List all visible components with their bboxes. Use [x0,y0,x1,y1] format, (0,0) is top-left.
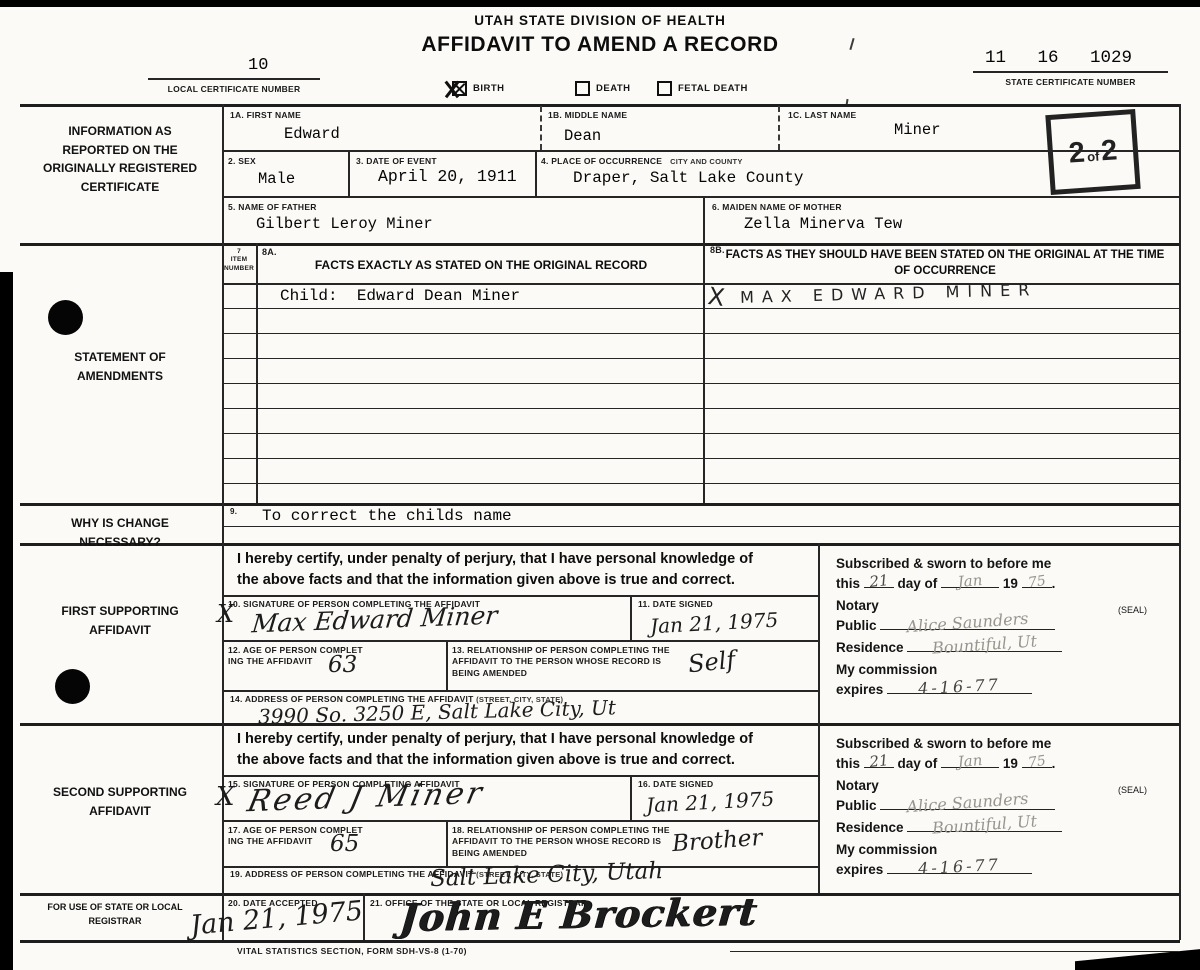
registrar-signature: John E Brockert [398,889,760,940]
date-of-event-label: 3. DATE OF EVENT [356,156,437,166]
amendment-row-line [222,483,1180,484]
aff1-age-value: 63 [328,652,357,678]
local-cert-label: LOCAL CERTIFICATE NUMBER [148,84,320,94]
aff1-date-value: Jan 21, 1975 [649,608,778,639]
notary1-seal: (SEAL) [1118,605,1147,615]
state-certificate-number: 11 16 1029 [985,48,1132,68]
amendment-facts-original: Child: Edward Dean Miner [280,287,520,305]
punch-hole-bottom [55,669,90,704]
amendment-row-line [222,308,1180,309]
grid-line [703,243,705,503]
col-8a-header: FACTS EXACTLY AS STATED ON THE ORIGINAL … [266,258,696,272]
scan-edge-top [0,0,1200,7]
col-8a-number: 8A. [262,247,277,257]
notary2-sworn: Subscribed & sworn to before me [836,736,1051,751]
aff1-age-label: 12. AGE OF PERSON COMPLETING THE AFFIDAV… [228,645,418,668]
grid-line [222,150,1180,152]
state-cert-underline [973,71,1168,73]
grid-line [222,196,1180,198]
birth-checkbox-icon [452,81,467,96]
notary2-expires-line: expires 4-16-77 [836,862,1032,877]
local-certificate-number: 10 [248,56,268,75]
grid-line [222,640,818,642]
grid-line [20,243,1180,246]
grid-line [630,775,632,820]
col-8b-header: FACTS AS THEY SHOULD HAVE BEEN STATED ON… [725,247,1165,279]
notary2-month: Jan [940,750,999,773]
footer-line [730,951,1180,952]
mother-label: 6. MAIDEN NAME OF MOTHER [712,202,842,212]
place-label: 4. PLACE OF OCCURRENCE CITY AND COUNTY [541,156,743,166]
notary1-month: Jan [940,570,999,593]
checkbox-fetal-death: FETAL DEATH [657,81,748,96]
grid-line [222,775,818,777]
checkbox-death: DEATH [575,81,631,96]
local-cert-underline [148,78,320,80]
notary1-expires: 4-16-77 [887,673,1033,700]
grid-line [222,820,818,822]
birth-label: BIRTH [473,83,505,94]
grid-line [20,723,1180,726]
last-name-label: 1C. LAST NAME [788,110,856,120]
page-stamp: 2 of 2 [1045,109,1140,195]
why-value: To correct the childs name [262,507,512,525]
aff2-signature-x: X [216,782,235,812]
notary-box-border [818,723,820,893]
side-label-second-affidavit: SECOND SUPPORTING AFFIDAVIT [45,783,195,820]
sex-value: Male [258,170,295,188]
middle-name-label: 1B. MIDDLE NAME [548,110,627,120]
notary1-notary-label: Notary [836,598,879,613]
first-name-value: Edward [284,125,340,143]
form-footer: VITAL STATISTICS SECTION, FORM SDH-VS-8 … [237,946,467,956]
affidavit-document: UTAH STATE DIVISION OF HEALTH AFFIDAVIT … [0,0,1200,970]
grid-line [20,503,1180,506]
death-checkbox-icon [575,81,590,96]
date-of-event-value: April 20, 1911 [378,167,517,186]
aff1-certify-line1: I hereby certify, under penalty of perju… [237,551,753,567]
notary2-public-line: Public Alice Saunders [836,798,1055,813]
scan-edge-left [0,272,13,970]
aff2-relationship-label: 18. RELATIONSHIP OF PERSON COMPLETING TH… [452,825,680,859]
notary2-residence-line: Residence Bountiful, Ut [836,820,1062,835]
aff1-relationship-value: Self [687,646,737,679]
death-label: DEATH [596,83,631,94]
notary1-date-line: this 21 day of Jan 19 75. [836,576,1055,591]
notary2-notary-label: Notary [836,778,879,793]
side-label-amendments: STATEMENT OF AMENDMENTS [45,348,195,385]
mother-value: Zella Minerva Tew [744,215,902,233]
amendment-row-line [222,383,1180,384]
punch-hole-top [48,300,83,335]
last-name-value: Miner [894,121,941,139]
agency-title: UTAH STATE DIVISION OF HEALTH [0,13,1200,28]
fetal-death-label: FETAL DEATH [678,83,748,94]
side-label-why: WHY IS CHANGE NECESSARY? [45,514,195,551]
aff1-certify-line2: the above facts and that the information… [237,572,735,588]
notary1-expires-line: expires 4-16-77 [836,682,1032,697]
grid-line [535,150,537,196]
notary2-day: 21 [863,750,895,771]
notary1-commission-label: My commission [836,662,937,677]
aff1-signature-x: X [217,600,234,628]
notary2-expires: 4-16-77 [887,853,1033,880]
notary2-year: 75 [1021,752,1053,772]
amendment-row-line [222,433,1180,434]
sex-label: 2. SEX [228,156,256,166]
middle-name-value: Dean [564,127,601,145]
aff1-relationship-label: 13. RELATIONSHIP OF PERSON COMPLETING TH… [452,645,680,679]
amendment-row-line [222,458,1180,459]
amendment-row-line [222,358,1180,359]
grid-line [222,526,1180,527]
grid-line [446,820,448,866]
place-sublabel: CITY AND COUNTY [670,157,743,166]
aff2-certify-line1: I hereby certify, under penalty of perju… [237,731,753,747]
notary1-sworn: Subscribed & sworn to before me [836,556,1051,571]
col-8b-number: 8B. [710,245,725,255]
father-label: 5. NAME OF FATHER [228,202,317,212]
grid-line [703,196,705,243]
aff2-signature: Reed J Miner [244,776,487,820]
grid-line-dashed [778,106,780,150]
notary1-residence-line: Residence Bountiful, Ut [836,640,1062,655]
notary1-year: 75 [1021,572,1053,592]
aff2-age-value: 65 [330,831,359,857]
aff2-certify-line2: the above facts and that the information… [237,752,735,768]
aff2-date-value: Jan 21, 1975 [645,787,774,818]
date-accepted-value: Jan 21, 1975 [189,896,364,942]
grid-line [222,690,818,692]
grid-line [348,150,350,196]
grid-line [630,595,632,640]
why-number: 9. [230,507,237,516]
grid-line [222,595,818,597]
first-name-label: 1A. FIRST NAME [230,110,301,120]
grid-line [256,243,258,503]
aff1-date-label: 11. DATE SIGNED [638,599,713,609]
notary2-commission-label: My commission [836,842,937,857]
notary-box-border [818,543,820,723]
form-left-border [222,104,224,940]
fetal-death-checkbox-icon [657,81,672,96]
aff2-age-label: 17. AGE OF PERSON COMPLETING THE AFFIDAV… [228,825,418,848]
notary2-seal: (SEAL) [1118,785,1147,795]
amendment-row-line [222,333,1180,334]
grid-line [446,640,448,690]
side-label-first-affidavit: FIRST SUPPORTING AFFIDAVIT [45,602,195,639]
item-number-col-header: 7ITEM NUMBER [223,248,255,273]
grid-line-dashed [540,106,542,150]
notary2-date-line: this 21 day of Jan 19 75. [836,756,1055,771]
amendment-row-line [222,408,1180,409]
father-value: Gilbert Leroy Miner [256,215,433,233]
notary1-day: 21 [863,570,895,591]
place-value: Draper, Salt Lake County [573,169,803,187]
aff2-date-label: 16. DATE SIGNED [638,779,713,789]
aff2-address-value: Salt Lake City, Utah [430,858,664,892]
checkbox-birth: BIRTH [452,81,505,96]
form-right-border [1179,104,1181,940]
grid-line [20,104,1180,107]
state-cert-label: STATE CERTIFICATE NUMBER [973,77,1168,87]
notary1-public-line: Public Alice Saunders [836,618,1055,633]
side-label-original-info: INFORMATION AS REPORTED ON THE ORIGINALL… [35,122,205,196]
aff2-relationship-value: Brother [671,825,763,857]
side-label-registrar: FOR USE OF STATE OR LOCAL REGISTRAR [35,901,195,928]
